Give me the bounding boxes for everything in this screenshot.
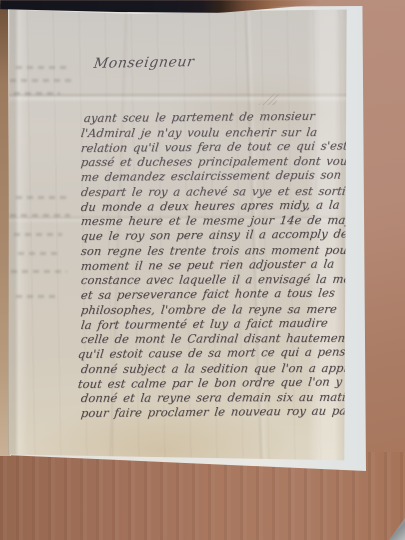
letter-body: ayant sceu le partement de monsieur l'Ad… [8, 9, 348, 464]
ink-bleed-mark [18, 252, 58, 255]
letter-line: philosophes, l'ombre de la reyne sa mere [80, 302, 338, 317]
letter-line: me demandez esclaircissement depuis son [80, 168, 342, 184]
ink-bleed-mark [16, 66, 66, 69]
letter-line: despart le roy a achevé sa vye et est so… [80, 184, 346, 199]
letter-line: pour faire proclamer le nouveau roy au p… [80, 403, 368, 420]
letter-line: relation qu'il vous fera de tout ce qui … [80, 138, 348, 155]
ink-bleed-mark [11, 270, 67, 273]
ink-bleed-mark [14, 233, 62, 236]
ink-bleed-mark [16, 295, 60, 298]
ink-bleed-mark [14, 92, 60, 95]
ink-bleed-mark [16, 196, 71, 199]
letter-line: qu'il estoit cause de sa mort ce qui a p… [77, 344, 353, 361]
letter-line: du monde a deux heures apres midy, a la [80, 197, 340, 213]
letter-line: l'Admiral je n'ay voulu encherir sur la [80, 125, 318, 140]
letter-line: ayant sceu le partement de monsieur [83, 109, 315, 125]
letter-line: et sa perseverance faict honte a tous le… [80, 286, 336, 302]
photo-of-manuscript-letter: Monseigneur ayant sceu le partement de m… [0, 0, 405, 540]
ink-bleed-mark [10, 79, 72, 82]
letter-line: tout est calme par le bon ordre que l'on… [77, 374, 356, 391]
ink-bleed-mark [10, 214, 70, 217]
letter-line: moment il ne se peut rien adjouster a la [80, 256, 335, 272]
letter-paper: Monseigneur ayant sceu le partement de m… [8, 9, 348, 464]
letter-line: que le roy son pere ainsy il a accomply … [80, 226, 348, 243]
letter-line: la fort tourmenté et luy a faict maudire [80, 315, 329, 331]
letter-line: son regne les trente trois ans moment po… [80, 243, 353, 258]
